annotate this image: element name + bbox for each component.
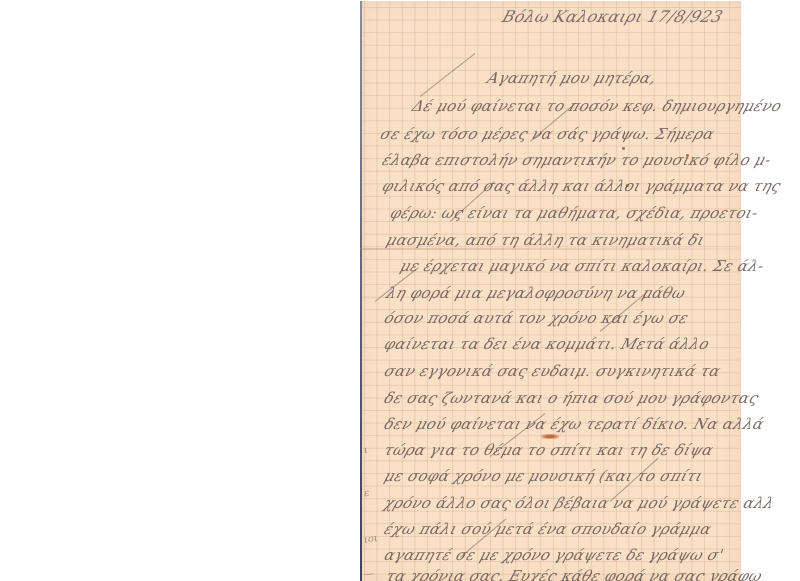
letter-line: χρόνο άλλο σας όλοι βέβαια να μού γράψετ… xyxy=(382,494,777,512)
ink-stain xyxy=(541,434,559,439)
letter-line: Δέ μού φαίνεται το ποσόν κεφ. δημιουργημ… xyxy=(410,97,784,115)
place-and-date: Βόλω Καλοκαιρι 17/8/923 xyxy=(500,7,725,26)
ink-speck xyxy=(622,147,625,150)
letter-line: με σοφά χρόνο με μουσική (και το σπίτι xyxy=(382,467,705,485)
salutation: Αγαπητή μου μητέρα, xyxy=(485,69,659,87)
letter-line: φιλικός από σας άλλη και άλλοι γράμματα … xyxy=(380,177,784,195)
letter-line: τώρα για το θέμα το σπίτι και τη δε δίψα xyxy=(382,441,716,459)
letter-line: αγαπητέ σε με χρόνο γράψετε δε γράψω σ' xyxy=(382,546,726,564)
letter-line: έχω πάλι σού μετά ένα σπουδαίο γράμμα xyxy=(382,520,714,538)
graph-paper-sheet: ι ε ιοι — Βόλω Καλοκαιρι 17/8/923 Αγαπητ… xyxy=(360,1,741,581)
scanned-letter-page: ι ε ιοι — Βόλω Καλοκαιρι 17/8/923 Αγαπητ… xyxy=(0,0,800,581)
pen-stroke xyxy=(420,53,476,97)
letter-line: δεν μού φαίνεται να έχω τερατί δίκιο. Να… xyxy=(382,415,767,433)
paper-left-edge xyxy=(360,1,362,581)
letter-line: δε σας ζωντανά και ο ήπια σού μου γράφον… xyxy=(382,389,761,407)
letter-line: όσον ποσά αυτά τον χρόνο και έγω σε xyxy=(382,309,691,327)
bleed-through-mark: ι xyxy=(363,445,368,456)
letter-line: με έρχεται μαγικό να σπίτι καλοκαίρι. Σε… xyxy=(398,257,767,275)
bleed-through-mark: ε xyxy=(363,488,370,500)
letter-line: φαίνεται τα δει ένα κομμάτι. Μετά άλλο xyxy=(382,335,712,353)
letter-line: φέρω: ως είναι τα μαθήματα, σχέδια, προε… xyxy=(388,204,761,222)
letter-line: μασμένα, από τη άλλη τα κινηματικά δι xyxy=(384,231,707,249)
bleed-through-mark: — xyxy=(363,568,374,580)
letter-line: έλαβα επιστολήν σημαντικήν το μουσικό φί… xyxy=(380,151,774,169)
letter-line: λη φορά μια μεγαλοφροσύνη να μάθω xyxy=(384,284,688,302)
letter-line: σε έχω τόσο μέρες να σάς γράψω. Σήμερα xyxy=(378,125,717,143)
letter-line: τα χρόνια σας. Ευχές κάθε φορά να σας γρ… xyxy=(384,567,765,581)
letter-line: σαν εγγονικά σας ευδαιμ. συγκινητικά τα xyxy=(382,362,723,380)
bleed-through-mark: ιοι xyxy=(363,533,378,546)
